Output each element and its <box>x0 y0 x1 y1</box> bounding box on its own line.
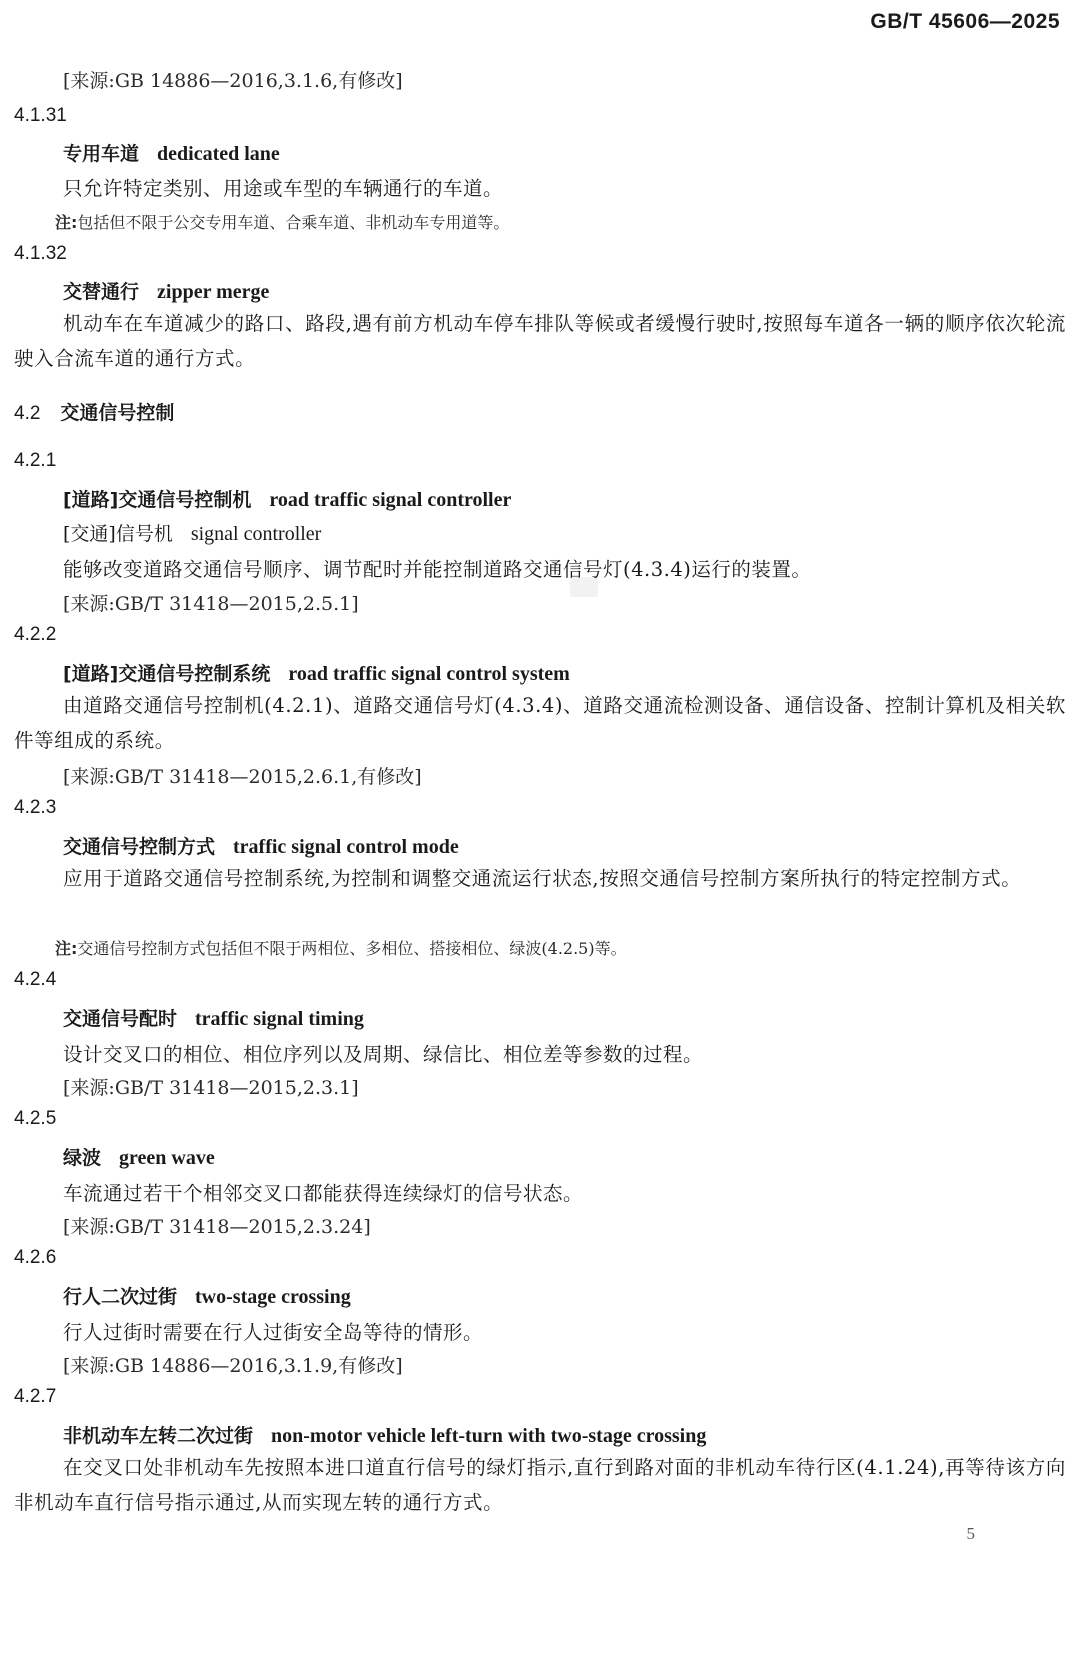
source-citation: [来源:GB 14886—2016,3.1.9,有修改] <box>63 1351 403 1378</box>
term-zh: [道路]交通信号控制机 <box>63 489 251 511</box>
section-title: 交通信号控制 <box>60 402 174 424</box>
term-en: two-stage crossing <box>195 1286 351 1308</box>
term-heading: 绿波green wave <box>63 1143 215 1170</box>
term-heading: 交替通行zipper merge <box>63 277 269 304</box>
term-en: road traffic signal controller <box>269 489 511 511</box>
definition: 只允许特定类别、用途或车型的车辆通行的车道。 <box>63 173 503 201</box>
term-zh: 绿波 <box>63 1147 101 1169</box>
term-en: road traffic signal control system <box>288 663 569 685</box>
section-number: 4.2 <box>14 403 40 424</box>
source-citation: [来源:GB/T 31418—2015,2.3.1] <box>63 1073 359 1100</box>
page-number: 5 <box>967 1524 976 1544</box>
term-en: green wave <box>119 1147 215 1169</box>
clause-number: 4.2.6 <box>14 1247 56 1269</box>
term-heading: [道路]交通信号控制系统road traffic signal control … <box>63 659 570 686</box>
term-heading: [道路]交通信号控制机road traffic signal controlle… <box>63 485 511 512</box>
term-zh: 行人二次过街 <box>63 1286 177 1308</box>
term-heading: 专用车道dedicated lane <box>63 139 280 166</box>
term-en: traffic signal control mode <box>233 836 459 858</box>
source-citation: [来源:GB/T 31418—2015,2.3.24] <box>63 1212 371 1239</box>
note: 注:包括但不限于公交专用车道、合乘车道、非机动车专用道等。 <box>55 210 509 233</box>
note-text: 交通信号控制方式包括但不限于两相位、多相位、搭接相位、绿波(4.2.5)等。 <box>77 939 626 958</box>
note-label: 注: <box>55 213 77 232</box>
note-text: 包括但不限于公交专用车道、合乘车道、非机动车专用道等。 <box>77 213 509 232</box>
definition: 由道路交通信号控制机(4.2.1)、道路交通信号灯(4.3.4)、道路交通流检测… <box>14 688 1066 758</box>
definition: 机动车在车道减少的路口、路段,遇有前方机动车停车排队等候或者缓慢行驶时,按照每车… <box>14 306 1066 376</box>
source-citation: [来源:GB/T 31418—2015,2.6.1,有修改] <box>63 762 422 789</box>
term-en: dedicated lane <box>157 143 280 165</box>
definition: 行人过街时需要在行人过街安全岛等待的情形。 <box>63 1317 483 1345</box>
clause-number: 4.2.2 <box>14 624 56 646</box>
note-label: 注: <box>55 939 77 958</box>
term-en: traffic signal timing <box>195 1008 364 1030</box>
term-heading: 行人二次过街two-stage crossing <box>63 1282 351 1309</box>
definition: 应用于道路交通信号控制系统,为控制和调整交通流运行状态,按照交通信号控制方案所执… <box>14 861 1066 896</box>
term-zh: 交通信号控制方式 <box>63 836 215 858</box>
term-heading: 交通信号控制方式traffic signal control mode <box>63 832 459 859</box>
definition: 在交叉口处非机动车先按照本进口道直行信号的绿灯指示,直行到路对面的非机动车待行区… <box>14 1450 1066 1520</box>
term-zh: 交通信号配时 <box>63 1008 177 1030</box>
definition: 能够改变道路交通信号顺序、调节配时并能控制道路交通信号灯(4.3.4)运行的装置… <box>63 554 811 582</box>
source-citation: [来源:GB/T 31418—2015,2.5.1] <box>63 589 359 616</box>
clause-number: 4.2.5 <box>14 1108 56 1130</box>
term-zh: 专用车道 <box>63 143 139 165</box>
clause-number: 4.1.31 <box>14 105 67 127</box>
term-heading: 非机动车左转二次过街non-motor vehicle left-turn wi… <box>63 1421 706 1448</box>
term-zh: [道路]交通信号控制系统 <box>63 663 270 685</box>
definition: 车流通过若干个相邻交叉口都能获得连续绿灯的信号状态。 <box>63 1178 583 1206</box>
source-citation: [来源:GB 14886—2016,3.1.6,有修改] <box>63 66 403 93</box>
term-en: non-motor vehicle left-turn with two-sta… <box>271 1425 706 1447</box>
term-en: zipper merge <box>157 281 269 303</box>
term-zh: 交替通行 <box>63 281 139 303</box>
synonym-en: signal controller <box>191 523 322 545</box>
note: 注:交通信号控制方式包括但不限于两相位、多相位、搭接相位、绿波(4.2.5)等。 <box>55 936 627 959</box>
clause-number: 4.2.1 <box>14 450 56 472</box>
section-heading: 4.2交通信号控制 <box>14 398 174 425</box>
clause-number: 4.2.7 <box>14 1386 56 1408</box>
definition: 设计交叉口的相位、相位序列以及周期、绿信比、相位差等参数的过程。 <box>63 1039 703 1067</box>
clause-number: 4.1.32 <box>14 243 67 265</box>
clause-number: 4.2.4 <box>14 969 56 991</box>
term-heading: 交通信号配时traffic signal timing <box>63 1004 364 1031</box>
term-zh: 非机动车左转二次过街 <box>63 1425 253 1447</box>
clause-number: 4.2.3 <box>14 797 56 819</box>
synonym-zh: [交通]信号机 <box>63 523 173 545</box>
standard-number: GB/T 45606—2025 <box>870 10 1060 34</box>
synonym: [交通]信号机signal controller <box>63 519 321 546</box>
